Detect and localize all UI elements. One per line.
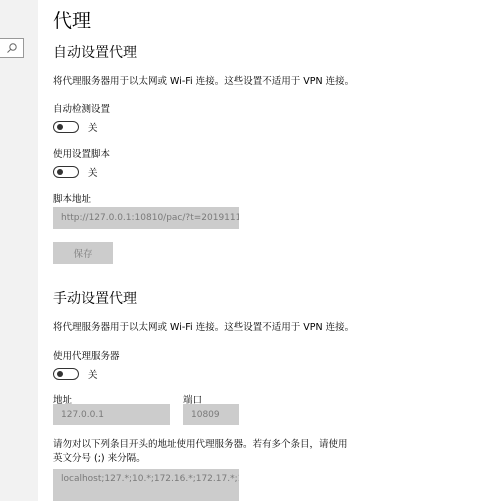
use-proxy-toggle[interactable] <box>53 368 79 380</box>
use-script-state: 关 <box>88 165 98 179</box>
use-proxy-toggle-row: 关 <box>53 367 98 381</box>
exceptions-note: 请勿对以下列条目开头的地址使用代理服务器。若有多个条目，请使用英文分号 (;) … <box>53 438 353 466</box>
use-script-toggle-row: 关 <box>53 165 98 179</box>
script-address-input[interactable]: http://127.0.0.1:10810/pac/?t=2019111712… <box>53 207 239 229</box>
auto-detect-label: 自动检测设置 <box>53 101 110 115</box>
use-script-label: 使用设置脚本 <box>53 146 110 160</box>
page-title: 代理 <box>53 6 91 33</box>
port-input[interactable]: 10809 <box>183 404 239 425</box>
auto-detect-toggle[interactable] <box>53 121 79 133</box>
exceptions-textarea[interactable]: localhost;127.*;10.*;172.16.*;172.17.*;1… <box>53 469 239 501</box>
use-proxy-state: 关 <box>88 367 98 381</box>
toggle-knob <box>57 124 63 130</box>
script-address-label: 脚本地址 <box>53 191 91 205</box>
manual-proxy-description: 将代理服务器用于以太网或 Wi-Fi 连接。这些设置不适用于 VPN 连接。 <box>53 319 354 333</box>
toggle-knob <box>57 371 63 377</box>
search-icon <box>6 42 18 54</box>
auto-detect-state: 关 <box>88 120 98 134</box>
search-input[interactable] <box>0 38 24 58</box>
auto-proxy-title: 自动设置代理 <box>53 42 137 62</box>
sidebar <box>0 0 38 501</box>
use-script-toggle[interactable] <box>53 166 79 178</box>
use-proxy-label: 使用代理服务器 <box>53 348 120 362</box>
save-button[interactable]: 保存 <box>53 242 113 264</box>
toggle-knob <box>57 169 63 175</box>
auto-detect-toggle-row: 关 <box>53 120 98 134</box>
auto-proxy-description: 将代理服务器用于以太网或 Wi-Fi 连接。这些设置不适用于 VPN 连接。 <box>53 73 354 87</box>
manual-proxy-title: 手动设置代理 <box>53 288 137 308</box>
address-input[interactable]: 127.0.0.1 <box>53 404 170 425</box>
